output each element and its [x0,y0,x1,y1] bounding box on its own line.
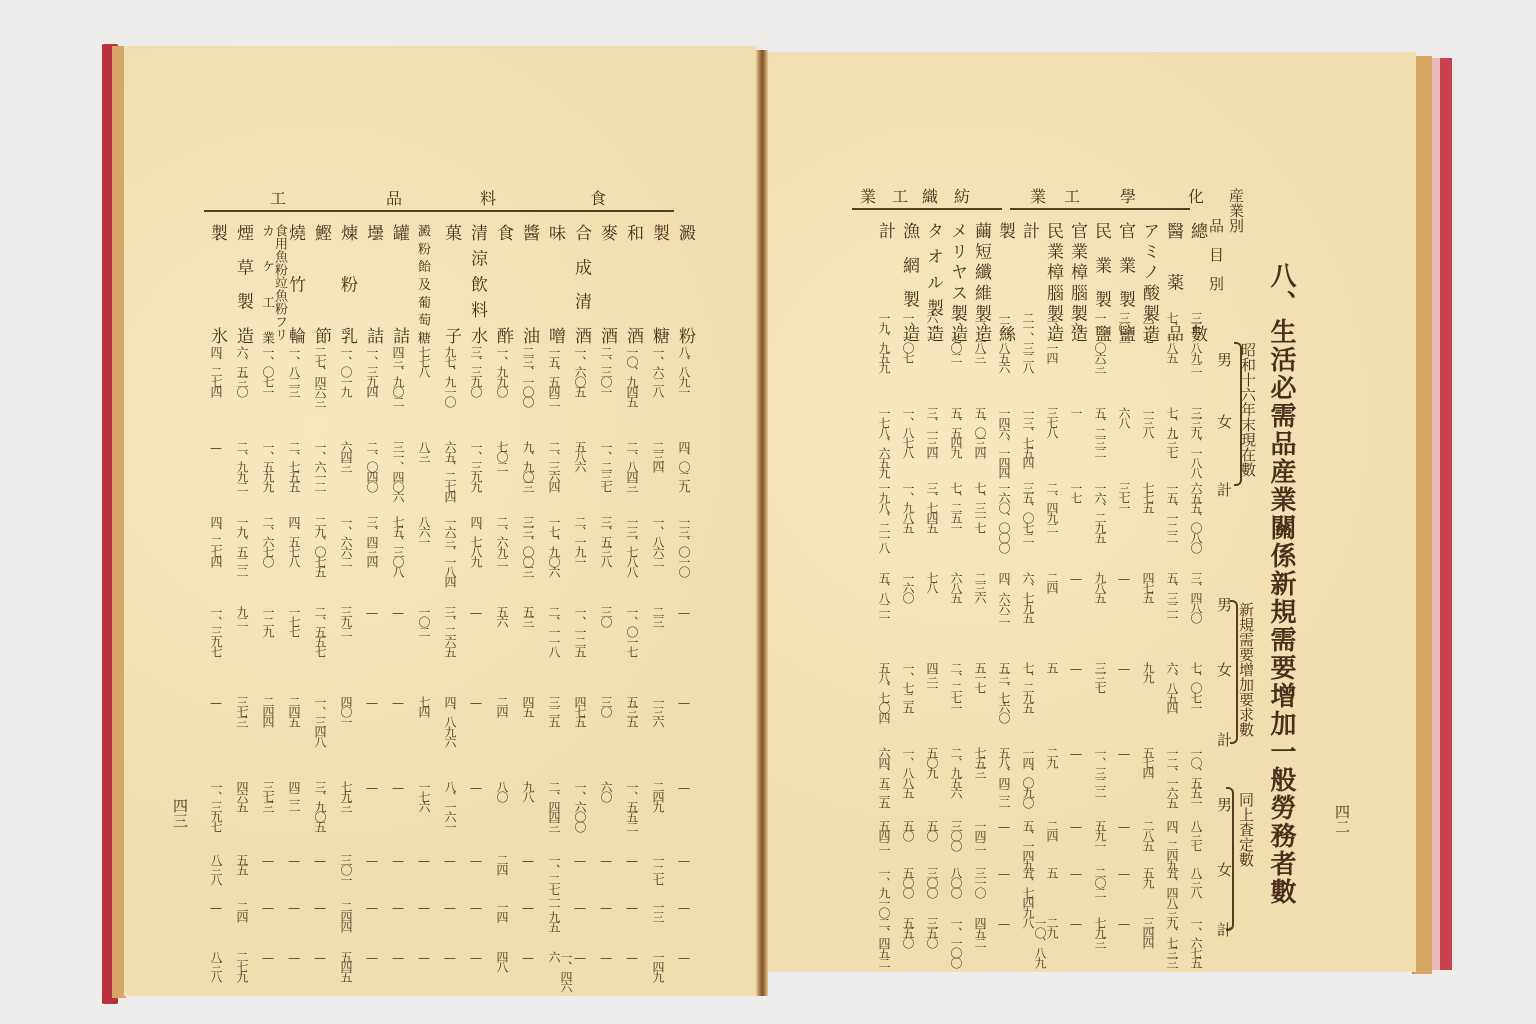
cell-value: 二、三〇一 [600,346,612,396]
cell-value: 二四 [1046,572,1058,592]
cell-value: 九二 [236,606,248,626]
cell-value: 三九二 [340,606,352,636]
cell-value: — [998,820,1010,832]
cell-value: 九八五 [1094,572,1106,602]
section-chemical-2: 學 [1120,184,1136,207]
brace-group-current [1234,342,1242,486]
row-label: 煉粉乳 [338,224,355,344]
cell-value: 四、二七四 [210,516,222,566]
cell-value: 五、〇三四 [974,407,986,457]
cell-value: 一、〇一九 [340,346,352,396]
cell-value: 一三 [652,901,664,921]
sex-label-female: 女 [1216,414,1231,429]
cell-value: 一四 [496,901,508,921]
cell-value: — [678,951,690,963]
cell-value: 八〇 [496,781,508,801]
cell-value: — [1070,867,1082,879]
cell-value: 一、四六六 [548,951,572,996]
cell-value: — [470,951,482,963]
cell-value: — [470,781,482,793]
cell-value: — [314,901,326,913]
cell-value: 三七三 [262,781,274,811]
cell-value: 一四、〇九〇 [1022,747,1034,807]
cell-value: 三〇〇 [950,820,962,850]
cell-value: 二三、一〇〇 [522,346,534,406]
cell-value: 四八 [496,951,508,971]
cell-value: 五九一 [1094,820,1106,850]
cell-value: 二七、四六三 [314,346,326,406]
cell-value: — [522,901,534,913]
cell-value: — [574,901,586,913]
cell-value: — [288,951,300,963]
cell-value: 一〇、八九八 [1022,917,1046,972]
cell-value: 六四三 [340,441,352,471]
cell-value: 四〇一 [340,696,352,726]
cell-value: 三三、〇〇三 [522,516,534,576]
section-label-ko: 工 [270,186,286,209]
cell-value: 二、一一四 [1046,312,1058,362]
cell-value: 八〇〇 [950,867,962,897]
cell-value: 五三、七六〇 [998,662,1010,722]
cell-value: — [366,951,378,963]
cell-value: 一、三四八 [314,696,326,746]
cell-value: — [998,867,1010,879]
header-item-label: 品目別 [1208,218,1223,305]
cell-value: 一三、七五四 [1022,407,1034,467]
cell-value: 六、五三〇 [236,346,248,396]
cell-value: 一七六 [418,781,430,811]
cell-value: 五五 [236,854,248,874]
cell-value: 五 [1046,662,1058,672]
cell-value: — [418,901,430,913]
header-group-current: 昭和十六年末現在數 [1240,342,1255,477]
cell-value: 四、〇二九 [678,441,690,491]
sex-label-female: 女 [1216,862,1231,877]
cell-value: 七、二五一 [950,482,962,532]
row-label: 製糖 [650,224,667,344]
row-label: 澱粉 [676,224,693,344]
cell-value: 一、三九四 [366,346,378,396]
cell-value: 二〇二 [1094,867,1106,897]
cell-value: — [470,696,482,708]
cell-value: 一五、五四二 [548,346,560,406]
cell-value: — [1070,917,1082,929]
header-group-requested: 新規需要增加要求數 [1238,602,1253,737]
cell-value: 八六一 [418,516,430,546]
cell-value: 二、八四三 [626,441,638,491]
cell-value: — [574,951,586,963]
cell-value: — [574,854,586,866]
cell-value: 五六 [496,606,508,626]
row-label: 罐詰 [390,224,407,344]
cell-value: 一五、一二二 [1166,482,1178,542]
cell-value: 七八 [926,572,938,592]
cell-value: 三三九、一八八 [1190,407,1202,477]
cell-value: 八三八 [1190,867,1202,897]
cell-value: — [444,951,456,963]
cell-value: — [1118,820,1130,832]
cell-value: 二、六七〇 [262,516,274,566]
cell-value: — [1118,867,1130,879]
cell-value: 四、二四九 [1166,820,1178,870]
cell-value: 一〇二 [418,606,430,636]
cell-value: 二、二七一 [950,662,962,712]
row-label: 燒竹輪 [286,224,303,344]
cell-value: — [366,854,378,866]
cell-value: 七五三 [974,747,986,777]
cell-value: — [366,781,378,793]
cell-value: 四、五七八 [288,516,300,566]
cell-value: 一二七 [652,854,664,884]
cell-value: — [600,951,612,963]
cell-value: 一四九 [652,951,664,981]
row-label: 合成清酒 [572,224,589,344]
cell-value: — [678,854,690,866]
row-label: 鰹節 [312,224,329,344]
cell-value: 二、四四三 [548,781,560,831]
cell-value: — [366,606,378,618]
cell-value: 五、四八三 [1166,867,1178,917]
cell-value: — [470,606,482,618]
cell-value: — [288,901,300,913]
cell-value: 一、〇七一 [262,346,274,396]
header-group-approved: 同上査定數 [1238,792,1253,867]
section-chemical-4: 業 [1030,184,1046,207]
cell-value: 三七八 [1046,407,1058,437]
cell-value: 五、五四九 [950,407,962,457]
cell-value: 七、一八五 [1166,312,1178,362]
cell-value: — [366,696,378,708]
cell-value: — [1118,747,1130,759]
cell-value: 一、六六二 [340,516,352,566]
cell-value: 九七、九一〇 [444,346,456,406]
cell-value: 一、五五二 [626,781,638,831]
row-label: 食酢 [494,224,511,344]
cell-value: — [470,901,482,913]
cell-value: 一三、〇一〇 [678,516,690,576]
row-label: 菓子 [442,224,459,344]
cell-value: 一、二三七 [600,441,612,491]
cell-value: 三、九〇五 [314,781,326,831]
cell-value: 一〇、九四五 [626,346,638,406]
cell-value: 四、八九六 [444,696,456,746]
cell-value: 五三 [522,606,534,626]
cell-value: — [522,951,534,963]
cell-value: 一六三、一八四 [444,516,456,586]
cell-value: 五、三二一 [1166,572,1178,622]
cell-value: 八、一六一 [444,781,456,831]
section-textile-3: 工 [892,184,908,207]
cell-value: 三一〇 [974,867,986,897]
cell-value: 二八五 [1142,820,1154,850]
cell-value: 二、三六四 [548,441,560,491]
cell-value: 一三六 [652,696,664,726]
cell-value: 七九三 [340,781,352,811]
cell-value: — [626,854,638,866]
cell-value: 二四四 [262,696,274,726]
cell-value: — [262,951,274,963]
section-brace-chemical [1010,208,1190,210]
row-label: 澱粉飴及葡萄糖 [416,224,429,344]
cell-value: 四三一 [926,662,938,692]
cell-value: 六四、五二五 [878,747,890,807]
right-page: 八、生活必需品産業關係新規需要增加一般勞務者數 産業別 品目別 昭和十六年末現在… [768,52,1416,972]
cell-value: 二、二八三 [974,312,986,362]
cell-value: 五八六 [574,441,586,471]
cell-value: 一、三九七 [210,781,222,831]
cell-value: — [1070,662,1082,674]
sex-label-female: 女 [1216,662,1231,677]
cell-value: 三一、四〇六 [392,441,404,501]
cell-value: — [522,854,534,866]
cell-value: 一、二七一 [548,854,560,904]
cell-value: 四五 [522,696,534,716]
cell-value: 三、一三四 [926,407,938,457]
cell-value: — [678,781,690,793]
cell-value: 七〇二 [496,441,508,471]
cell-value: 二四 [496,854,508,874]
cell-value: 三三七 [1094,662,1106,692]
cell-value: 五、二三二 [1094,407,1106,457]
cell-value: 三〇〇 [926,867,938,897]
cell-value: 五四二 [878,820,890,850]
cell-value: 三〇 [600,606,612,626]
cell-value: 一、六七五 [1190,917,1202,967]
cell-value: 一、八七八 [902,407,914,457]
cell-value: 一四六、一四四 [998,407,1010,477]
cell-value: 六、八五四 [1166,662,1178,712]
cell-value: — [392,606,404,618]
cell-value: 五、八二一 [878,572,890,622]
cell-value: 二九、〇七五 [314,516,326,576]
cell-value: 二、一九一 [574,516,586,566]
cell-value: — [392,854,404,866]
cell-value: 一、九九〇 [496,346,508,396]
cell-value: 五、七四九 [1022,867,1034,917]
cell-value: 二九 [1046,917,1058,937]
cell-value: 四七五 [1142,572,1154,602]
cell-value: 三五〇 [926,917,938,947]
cell-value: 七四 [418,696,430,716]
cell-value: 五五〇 [902,917,914,947]
cell-value: — [210,441,222,453]
row-label: 製氷 [208,224,225,344]
cell-value: 三〇 [600,696,612,716]
sex-label-sum: 計 [1216,732,1231,747]
cell-value: 一〇、五五一 [1190,747,1202,807]
cell-value: 五〇九 [926,747,938,777]
cell-value: 一、九一〇 [878,867,890,917]
cell-value: — [998,917,1010,929]
row-label: 和酒 [624,224,641,344]
cell-value: 二九 [1046,747,1058,767]
cell-value: 一、五九九 [262,441,274,491]
cell-value: 二、九五六 [950,747,962,797]
cell-value: 一、三九九 [470,441,482,491]
cell-value: 一七八、六五九 [878,407,890,477]
cell-value: 一二九 [262,606,274,636]
cell-value: 六八 [1118,407,1130,427]
cell-value: 一、六〇〇 [574,781,586,831]
cell-value: 五九 [1142,867,1154,887]
cell-value: 四、六六二 [998,572,1010,622]
cell-value: 五三五 [626,696,638,726]
cell-value: 五七四 [1142,747,1154,777]
cell-value: — [444,854,456,866]
cell-value: 一、三二二 [1094,747,1106,797]
cell-value: 三〇三 [1118,312,1130,342]
cell-value: — [470,854,482,866]
cell-value: 三四四 [1142,917,1154,947]
cell-value: 七七八 [418,346,430,376]
cell-value: 一、一二五 [574,606,586,656]
cell-value: 七、九三七 [1166,407,1178,457]
cell-value: 七、二九五 [1022,662,1034,712]
cell-value: 一三、七八八 [626,516,638,576]
cell-value: 一一、〇六三 [1094,312,1106,372]
cell-value: 四、七八九 [470,516,482,566]
cell-value: 八、八九一 [678,346,690,396]
cell-value: 八三 [418,441,430,461]
cell-value: 六、七九五 [1022,572,1034,622]
cell-value: — [1070,747,1082,759]
cell-value: 一六、二九五 [1094,482,1106,542]
cell-value: — [314,951,326,963]
cell-value: 一、八八五 [902,747,914,797]
cell-value: — [1118,662,1130,674]
sex-label-sum: 計 [1216,482,1231,497]
cell-value: 三七三 [236,696,248,726]
section-textile-2: 織 [922,184,938,207]
cell-value: 一七 [1070,482,1082,502]
cell-value: — [210,696,222,708]
cell-value: 四三、九〇二 [392,346,404,406]
cell-value: — [392,901,404,913]
cell-value: 八三七 [1190,820,1202,850]
section-brace-textile [852,208,1002,210]
cell-value: 三、五三八 [600,516,612,566]
cell-value: — [262,901,274,913]
cell-value: — [626,901,638,913]
cell-value: 三、七四五 [926,482,938,532]
sex-label-male: 男 [1216,797,1231,812]
cell-value: 六三七 [1142,312,1154,342]
cell-value: 一、一〇七 [902,312,914,362]
sex-label-male: 男 [1216,597,1231,612]
cell-value: 二、九九二 [236,441,248,491]
cell-value: — [392,781,404,793]
cell-value: — [366,901,378,913]
cell-value: 一、八六二 [652,516,664,566]
cell-value: — [678,901,690,913]
cell-value: 七七五 [1142,482,1154,512]
cell-value: 七九三 [1094,917,1106,947]
cell-value: 四七五 [574,696,586,726]
cell-value: 九、九〇三 [522,441,534,491]
cell-value: 五〇〇 [902,867,914,897]
section-textile-1: 紡 [954,184,970,207]
cell-value: 七、三一七 [974,482,986,532]
cell-value: 一、九八五 [902,482,914,532]
cell-value: — [1070,820,1082,832]
cell-value: 二四四 [340,901,352,931]
cell-value: 二三六 [974,572,986,602]
section-chemical-1: 化 [1188,184,1204,207]
cell-value: 四二二 [288,781,300,811]
cell-value: 九九 [1142,662,1154,682]
cell-value: 三、四八〇 [1190,572,1202,622]
cell-value: — [1118,917,1130,929]
cell-value: 五四五 [340,951,352,981]
cell-value: — [444,901,456,913]
cell-value: 三二五 [548,696,560,726]
row-label: 食用魚粉竝魚粉フリカケ工業 [260,224,286,344]
cell-value: 五八、四二二 [998,747,1010,807]
cell-value: 二、五五七 [314,606,326,656]
left-page: 工 品 料 食 澱粉八、八九一四、〇二九一三、〇一〇——————製糖一、六二八二… [124,46,756,996]
cell-value: 一六〇、〇〇〇 [998,482,1010,552]
cell-value: 五八、七〇四 [878,662,890,722]
cell-value: 六〇 [600,781,612,801]
row-label: 味噌 [546,224,563,344]
cell-value: 一、六一二 [314,441,326,491]
cell-value: 一七七 [288,606,300,636]
cell-value: 三、四三四 [366,516,378,566]
cell-value: 二、四五二 [878,917,890,967]
cell-value: 三、三九〇 [470,346,482,396]
cell-value: 一、七〇二 [950,312,962,362]
cell-value: 一、六二八 [652,346,664,396]
cell-value: 一六〇 [902,572,914,602]
cell-value: 一、三九七 [210,606,222,656]
page-number-left: 四三 [172,798,187,828]
cell-value: — [1118,572,1130,584]
cell-value: 五〇 [902,820,914,840]
cell-value: 六八五 [950,572,962,602]
cell-value: 一、八二三 [288,346,300,396]
cell-value: 三、二六五 [444,606,456,656]
cell-value: 二四五 [288,696,300,726]
row-label: 麥酒 [598,224,615,344]
cell-value: — [600,901,612,913]
cell-value: 一二、一六五 [1166,747,1178,807]
cell-value: 九八 [522,781,534,801]
cell-value: 二、七五五 [288,441,300,491]
cell-value: 二四九 [652,781,664,811]
cell-value: 二、六九二 [496,516,508,566]
cell-value: — [1070,572,1082,584]
cell-value: 五〇 [926,820,938,840]
sex-label-sum: 計 [1216,922,1231,937]
cell-value: 二一、三二八 [1022,312,1034,372]
cell-value: 八三八 [210,854,222,884]
cell-value: 一九五 [548,901,560,931]
cell-value: 二、〇四〇 [366,441,378,491]
cell-value: 九、七三三 [1166,917,1178,967]
cell-value: 二四 [496,696,508,716]
cell-value: 一三、八五六 [998,312,1010,372]
cell-value: 七五、三〇八 [392,516,404,576]
cell-value: — [626,951,638,963]
cell-value: 六五五、〇八〇 [1190,482,1202,552]
row-label: 清涼飲料水 [468,224,485,344]
page-number-right: 四二 [1334,804,1349,834]
cell-value: 四、二七四 [210,346,222,396]
cell-value: 一、〇一七 [626,606,638,656]
cell-value: — [678,696,690,708]
cell-value: — [314,854,326,866]
cell-value: 一七、九〇六 [548,516,560,576]
